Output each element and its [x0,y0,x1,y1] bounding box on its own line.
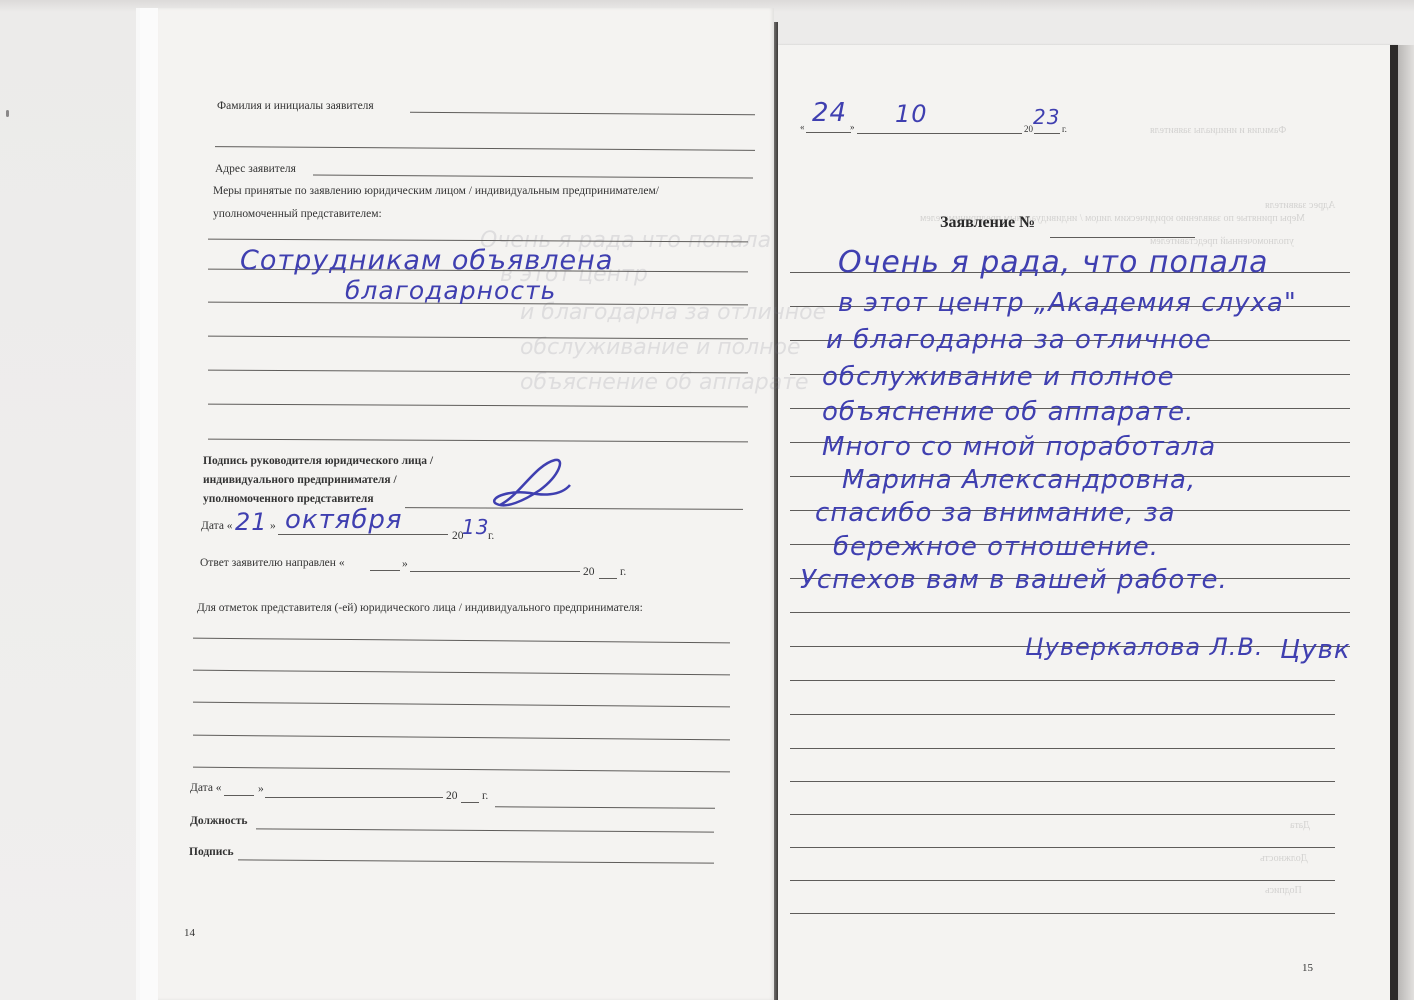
date-day: 21 [235,508,268,536]
date-year-line[interactable] [1034,133,1060,134]
date-month-line[interactable] [278,534,448,535]
signature-label: Подпись руководителя юридического лица / [203,455,433,467]
bleed-through-text: Дата [1290,820,1310,831]
date-month: октября [285,505,403,535]
bleed-through-text: объяснение об аппарате [520,370,809,395]
response-month-line[interactable] [410,571,580,572]
bottom-date-close-quote: » [258,783,264,795]
bottom-year-line[interactable] [461,802,479,803]
application-number-line[interactable] [1050,237,1195,238]
response-year-prefix: 20 [583,566,595,578]
position-label: Должность [190,815,248,827]
date-label: Дата « [201,520,233,532]
ruled-line [790,781,1335,782]
measures-label-2: уполномоченный представителем: [213,208,382,220]
ruled-line [790,814,1335,815]
date-month-line[interactable] [857,133,1022,134]
applicant-name-label: Фамилия и инициалы заявителя [217,100,374,112]
date-year-handwritten: 23 [1033,105,1060,129]
page-edge-shadow [1398,45,1414,1000]
signature-bottom-label: Подпись [189,846,234,858]
letter-line: объяснение об аппарате. [822,397,1194,427]
dust-mark [6,110,9,117]
response-year-line[interactable] [599,578,617,579]
response-label: Ответ заявителю направлен « [200,557,345,569]
page-number-left: 14 [184,927,195,939]
bottom-year-prefix: 20 [446,790,458,802]
bleed-through-text: Должность [1260,853,1308,864]
signature-label: уполномоченного представителя [203,493,374,505]
applicant-address-label: Адрес заявителя [215,163,296,175]
page-number-right: 15 [1302,962,1313,974]
bleed-through-text: Подпись [1265,885,1302,896]
date-year-prefix-right: 20 [1024,124,1033,134]
date-year-end: г. [488,530,494,542]
bottom-date-day-line[interactable] [224,795,254,796]
letter-line: Марина Александровна, [842,465,1196,495]
response-close-quote: » [402,558,408,570]
ruled-line [790,880,1335,881]
ruled-line [790,714,1335,715]
applicant-signature-name: Цуверкалова Л.В. [1025,633,1263,661]
manager-signature [480,455,580,525]
ruled-line [790,748,1335,749]
bottom-date-month-line[interactable] [265,797,443,798]
response-year-end: г. [620,566,626,578]
bleed-through-text: Фамилия и инициалы заявителя [1150,125,1286,136]
measures-handwritten: Сотрудникам объявлена [240,245,613,276]
date-day-handwritten: 24 [812,98,847,128]
date-day-line[interactable] [806,132,851,133]
ruled-line [790,847,1335,848]
notes-label: Для отметок представителя (-ей) юридичес… [197,602,643,614]
bottom-date-label: Дата « [190,782,222,794]
applicant-signature-scribble: Цувк [1280,635,1351,665]
letter-line: спасибо за внимание, за [815,498,1176,528]
letter-line: бережное отношение. [833,532,1159,562]
date-month-handwritten: 10 [895,100,928,128]
bleed-through-text: Адрес заявителя [1265,200,1335,211]
ruled-line [790,612,1350,613]
ruled-line [790,913,1335,914]
letter-line: Много со мной поработала [822,432,1216,462]
letter-line: и благодарна за отличное [826,325,1212,355]
date-close-quote-right: » [850,122,855,132]
letter-line: Очень я рада, что попала [838,245,1268,280]
date-open-quote: « [800,122,805,132]
letter-line: в этот центр „Академия слуха" [838,288,1297,318]
date-year-suffix: 13 [462,515,489,539]
date-year-end-right: г. [1062,124,1067,134]
letter-line: Успехов вам в вашей работе. [800,565,1228,595]
measures-handwritten: благодарность [345,276,556,305]
letter-line: обслуживание и полное [822,362,1175,392]
ruled-line [790,680,1335,681]
application-title: Заявление № [940,214,1035,232]
bottom-year-end: г. [482,790,488,802]
date-close-quote: » [270,520,276,532]
signature-label: индивидуального предпринимателя / [203,474,397,486]
response-day-line[interactable] [370,570,400,571]
measures-label: Меры принятые по заявлению юридическим л… [213,185,659,197]
